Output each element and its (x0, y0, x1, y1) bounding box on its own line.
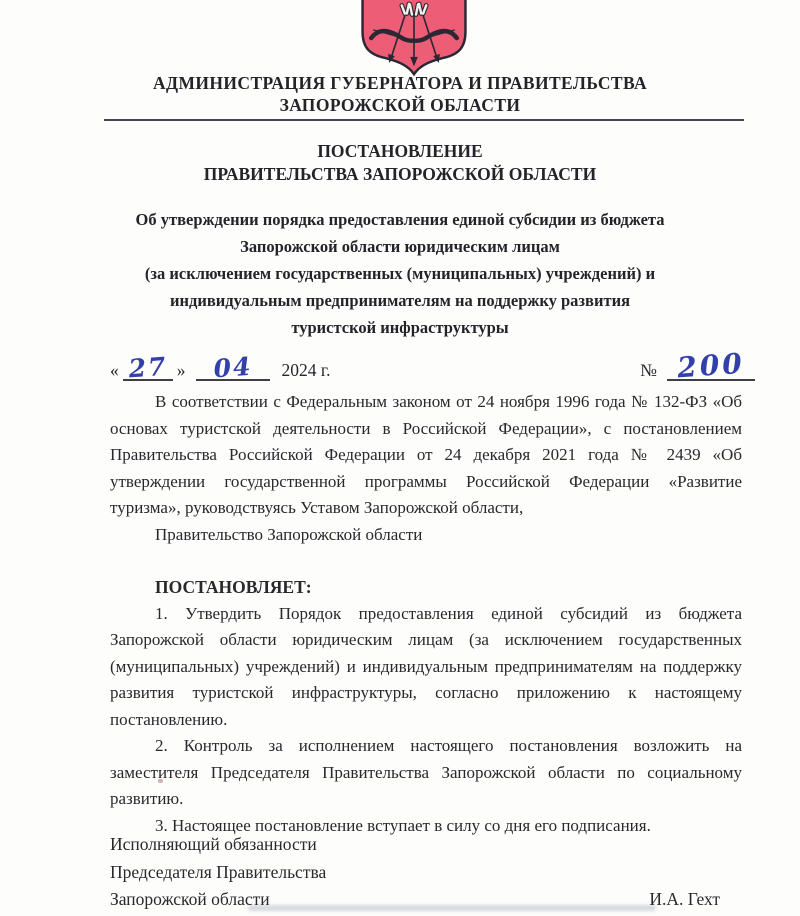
letterhead-divider (104, 119, 744, 121)
year-label: 2024 г. (282, 360, 331, 381)
close-quote: » (177, 360, 186, 381)
number-blank: 200 (667, 355, 755, 381)
open-quote: « (110, 360, 119, 381)
document-title: Об утверждении порядка предоставления ед… (0, 206, 800, 341)
signer-name: И.А. Гехт (649, 886, 740, 914)
body-paragraph-preamble: В соответствии с Федеральным законом от … (110, 389, 742, 522)
doc-type-line2: ПРАВИТЕЛЬСТВА ЗАПОРОЖСКОЙ ОБЛАСТИ (0, 163, 800, 186)
title-line: индивидуальным предпринимателям на подде… (0, 287, 800, 314)
handwritten-day: 27 (127, 352, 168, 384)
doc-type-line1: ПОСТАНОВЛЕНИЕ (0, 140, 800, 163)
body-paragraph-government: Правительство Запорожской области (110, 522, 742, 549)
date-number-row: « 27 » 04 2024 г. № 200 (110, 349, 755, 381)
signer-position-line3: Запорожской области (110, 886, 270, 914)
signer-position-line1: Исполняющий обязанности (110, 831, 740, 859)
body-item-2: 2. Контроль за исполнением настоящего по… (110, 733, 742, 813)
document-type-heading: ПОСТАНОВЛЕНИЕ ПРАВИТЕЛЬСТВА ЗАПОРОЖСКОЙ … (0, 140, 800, 186)
month-blank: 04 (196, 355, 270, 381)
number-field: № 200 (640, 355, 755, 381)
title-line: Об утверждении порядка предоставления ед… (0, 206, 800, 233)
resolves-heading: ПОСТАНОВЛЯЕТ: (110, 574, 742, 601)
scan-artifact-dot (158, 779, 163, 783)
signature-block: Исполняющий обязанности Председателя Пра… (110, 831, 740, 914)
date-field: « 27 » 04 2024 г. (110, 355, 330, 381)
body-item-1: 1. Утвердить Порядок предоставления един… (110, 601, 742, 734)
day-blank: 27 (123, 355, 173, 381)
title-line: туристской инфраструктуры (0, 314, 800, 341)
handwritten-month: 04 (212, 352, 253, 384)
title-line: Запорожской области юридическим лицам (0, 233, 800, 260)
document-body: В соответствии с Федеральным законом от … (110, 389, 742, 839)
title-line: (за исключением государственных (муницип… (0, 260, 800, 287)
handwritten-number: 200 (676, 347, 746, 385)
org-name-line1: АДМИНИСТРАЦИЯ ГУБЕРНАТОРА И ПРАВИТЕЛЬСТВ… (0, 73, 800, 95)
scan-artifact-smudge (248, 905, 656, 911)
signer-position-line2: Председателя Правительства (110, 859, 740, 887)
number-sign: № (640, 360, 657, 381)
org-name-line2: ЗАПОРОЖСКОЙ ОБЛАСТИ (0, 95, 800, 117)
document-page: АДМИНИСТРАЦИЯ ГУБЕРНАТОРА И ПРАВИТЕЛЬСТВ… (0, 0, 800, 916)
coat-of-arms-icon (360, 0, 468, 76)
